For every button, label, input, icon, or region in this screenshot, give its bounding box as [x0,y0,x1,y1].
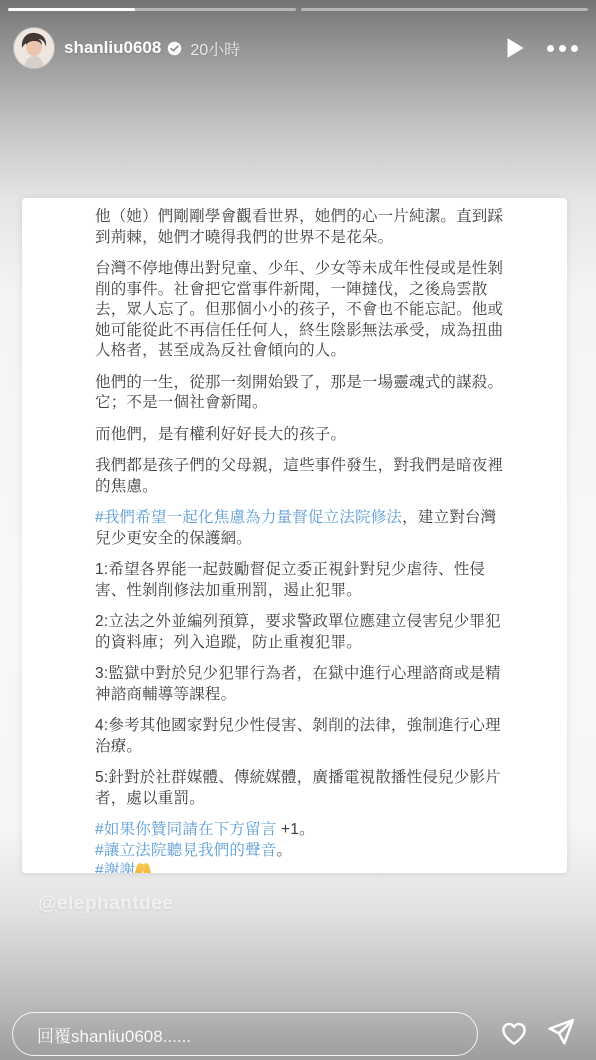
note-paragraph: 2:立法之外並編列預算，要求警政單位應建立侵害兒少罪犯的資料庫；列入追蹤，防止重… [95,612,512,653]
play-icon[interactable] [501,35,527,61]
story-header: shanliu0608 20小時 [14,26,586,70]
note-text-segment: 。 [277,842,293,859]
timestamp: 20小時 [190,37,240,60]
note-card: 他（她）們剛剛學會觀看世界，她們的心一片純潔。直到踩到荊棘，她們才曉得我們的世界… [22,198,567,873]
progress-segment-2 [301,8,589,11]
reply-input[interactable]: 回覆shanliu0608...... [12,1012,478,1056]
note-paragraph: 我們都是孩子們的父母親，這些事件發生，對我們是暗夜裡的焦慮。 [95,456,512,497]
note-paragraph: 他們的一生，從那一刻開始毀了，那是一場靈魂式的謀殺。它；不是一個社會新聞。 [95,373,512,414]
avatar-image [14,28,54,68]
avatar[interactable] [14,28,54,68]
note-paragraph: 他（她）們剛剛學會觀看世界，她們的心一片純潔。直到踩到荊棘，她們才曉得我們的世界… [95,207,512,248]
note-text-segment: 4:參考其他國家對兒少性侵害、剝削的法律，強制進行心理治療。 [95,717,501,755]
note-paragraph: 4:參考其他國家對兒少性侵害、剝削的法律，強制進行心理治療。 [95,716,512,757]
hashtag-text: #讓立法院聽見我們的聲音 [95,842,277,859]
note-text-segment: +1。 [277,821,315,838]
share-icon[interactable] [545,1016,577,1048]
note-paragraph: #我們希望一起化焦慮為力量督促立法院修法，建立對台灣兒少更安全的保護網。 [95,508,512,549]
heart-icon[interactable] [498,1018,530,1048]
hashtag-text: #謝謝 [95,862,135,873]
story-viewer: shanliu0608 20小時 他（她）們剛剛學會觀看世界，她們的心一片純潔。… [0,0,596,1060]
pray-emoji-icon [135,861,151,873]
ellipsis-icon [559,45,566,52]
note-paragraph: 5:針對於社群媒體、傳統媒體，廣播電視散播性侵兒少影片者，處以重罰。 [95,768,512,809]
note-paragraph: 台灣不停地傳出對兒童、少年、少女等未成年性侵或是性剝削的事件。社會把它當事件新聞… [95,259,512,362]
note-text-segment: 而他們，是有權利好好長大的孩子。 [95,426,346,443]
progress-fill [8,8,135,11]
note-text-segment: 5:針對於社群媒體、傳統媒體，廣播電視散播性侵兒少影片者，處以重罰。 [95,769,501,807]
more-options-button[interactable] [545,39,580,58]
note-text-segment: 我們都是孩子們的父母親，這些事件發生，對我們是暗夜裡的焦慮。 [95,457,503,495]
note-text-segment: 3:監獄中對於兒少犯罪行為者，在獄中進行心理諮商或是精神諮商輔導等課程。 [95,665,501,703]
verified-badge-icon [167,41,182,56]
reply-placeholder: 回覆shanliu0608...... [37,1022,191,1047]
note-text-segment: 他們的一生，從那一刻開始毀了，那是一場靈魂式的謀殺。它；不是一個社會新聞。 [95,374,503,412]
username[interactable]: shanliu0608 [64,38,161,58]
hashtag-text: #如果你贊同請在下方留言 [95,821,277,838]
progress-segment-1 [8,8,296,11]
mention-sticker[interactable]: @elephantdee [38,893,173,915]
note-paragraph: 1:希望各界能一起鼓勵督促立委正視針對兒少虐待、性侵害、性剝削修法加重刑罰，遏止… [95,560,512,601]
note-paragraph: 3:監獄中對於兒少犯罪行為者，在獄中進行心理諮商或是精神諮商輔導等課程。 [95,664,512,705]
note-text-segment: 台灣不停地傳出對兒童、少年、少女等未成年性侵或是性剝削的事件。社會把它當事件新聞… [95,260,503,359]
ellipsis-icon [571,45,578,52]
note-text-segment: 他（她）們剛剛學會觀看世界，她們的心一片純潔。直到踩到荊棘，她們才曉得我們的世界… [95,208,503,246]
note-text: 他（她）們剛剛學會觀看世界，她們的心一片純潔。直到踩到荊棘，她們才曉得我們的世界… [22,198,567,873]
note-text-segment: 1:希望各界能一起鼓勵督促立委正視針對兒少虐待、性侵害、性剝削修法加重刑罰，遏止… [95,561,485,599]
ellipsis-icon [547,45,554,52]
note-text-segment: 2:立法之外並編列預算，要求警政單位應建立侵害兒少罪犯的資料庫；列入追蹤，防止重… [95,613,501,651]
story-progress-bar [8,8,588,11]
hashtag-text: #我們希望一起化焦慮為力量督促立法院修法 [95,509,402,526]
note-paragraph: #如果你贊同請在下方留言 +1。#讓立法院聽見我們的聲音。#謝謝 [95,820,512,873]
note-paragraph: 而他們，是有權利好好長大的孩子。 [95,425,512,446]
